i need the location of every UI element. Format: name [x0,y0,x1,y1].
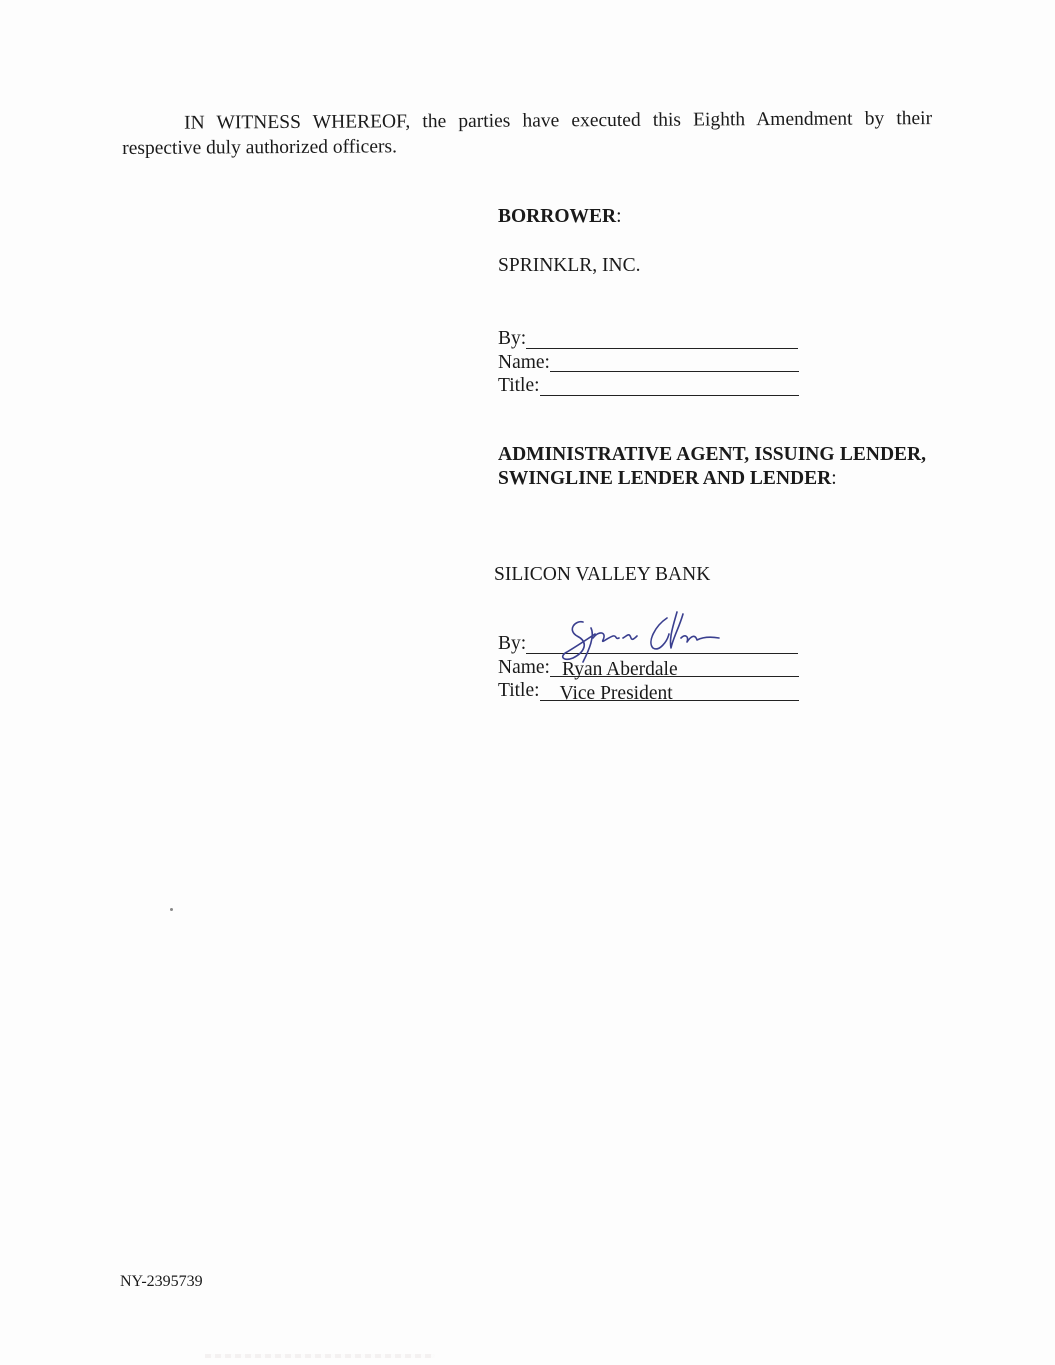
agent-by-line [526,634,798,654]
agent-title-value: Vice President [560,684,673,703]
agent-title-row: Title: Vice President [498,679,799,703]
borrower-label-colon: : [616,206,621,227]
borrower-title-line [540,376,799,396]
signature-page: IN WITNESS WHEREOF, the parties have exe… [0,0,1055,1365]
borrower-name-row: Name: [498,351,799,375]
agent-name-label: Name: [498,656,550,680]
borrower-company-name: SPRINKLR, INC. [498,254,640,278]
agent-title-line: Vice President [540,681,799,701]
borrower-by-row: By: [498,327,799,351]
agent-heading: ADMINISTRATIVE AGENT, ISSUING LENDER, SW… [498,443,926,491]
agent-by-label: By: [498,632,526,656]
borrower-title-row: Title: [498,374,799,398]
agent-label: ADMINISTRATIVE AGENT, ISSUING LENDER, SW… [498,444,926,489]
agent-name-row: Name: Ryan Aberdale [498,656,799,680]
document-id: NY-2395739 [120,1272,203,1292]
borrower-title-label: Title: [498,374,540,398]
scan-speck [170,908,173,911]
borrower-name-line [550,352,799,372]
borrower-name-label: Name: [498,351,550,375]
agent-by-row: By: [498,632,799,656]
borrower-by-line [526,329,798,349]
agent-signature-block: By: Name: Ryan Aberdale Title: Vice Pres… [498,632,799,703]
borrower-heading: BORROWER: [498,205,622,229]
agent-name-line: Ryan Aberdale [550,657,799,677]
agent-label-colon: : [831,468,836,489]
borrower-label: BORROWER [498,206,616,227]
borrower-signature-block: By: Name: Title: [498,327,799,398]
witness-paragraph: IN WITNESS WHEREOF, the parties have exe… [122,106,932,161]
borrower-by-label: By: [498,327,526,351]
agent-name-value: Ryan Aberdale [562,660,678,679]
scan-bleed-through [205,1354,435,1358]
agent-title-label: Title: [498,679,540,703]
agent-company-name: SILICON VALLEY BANK [494,563,710,587]
